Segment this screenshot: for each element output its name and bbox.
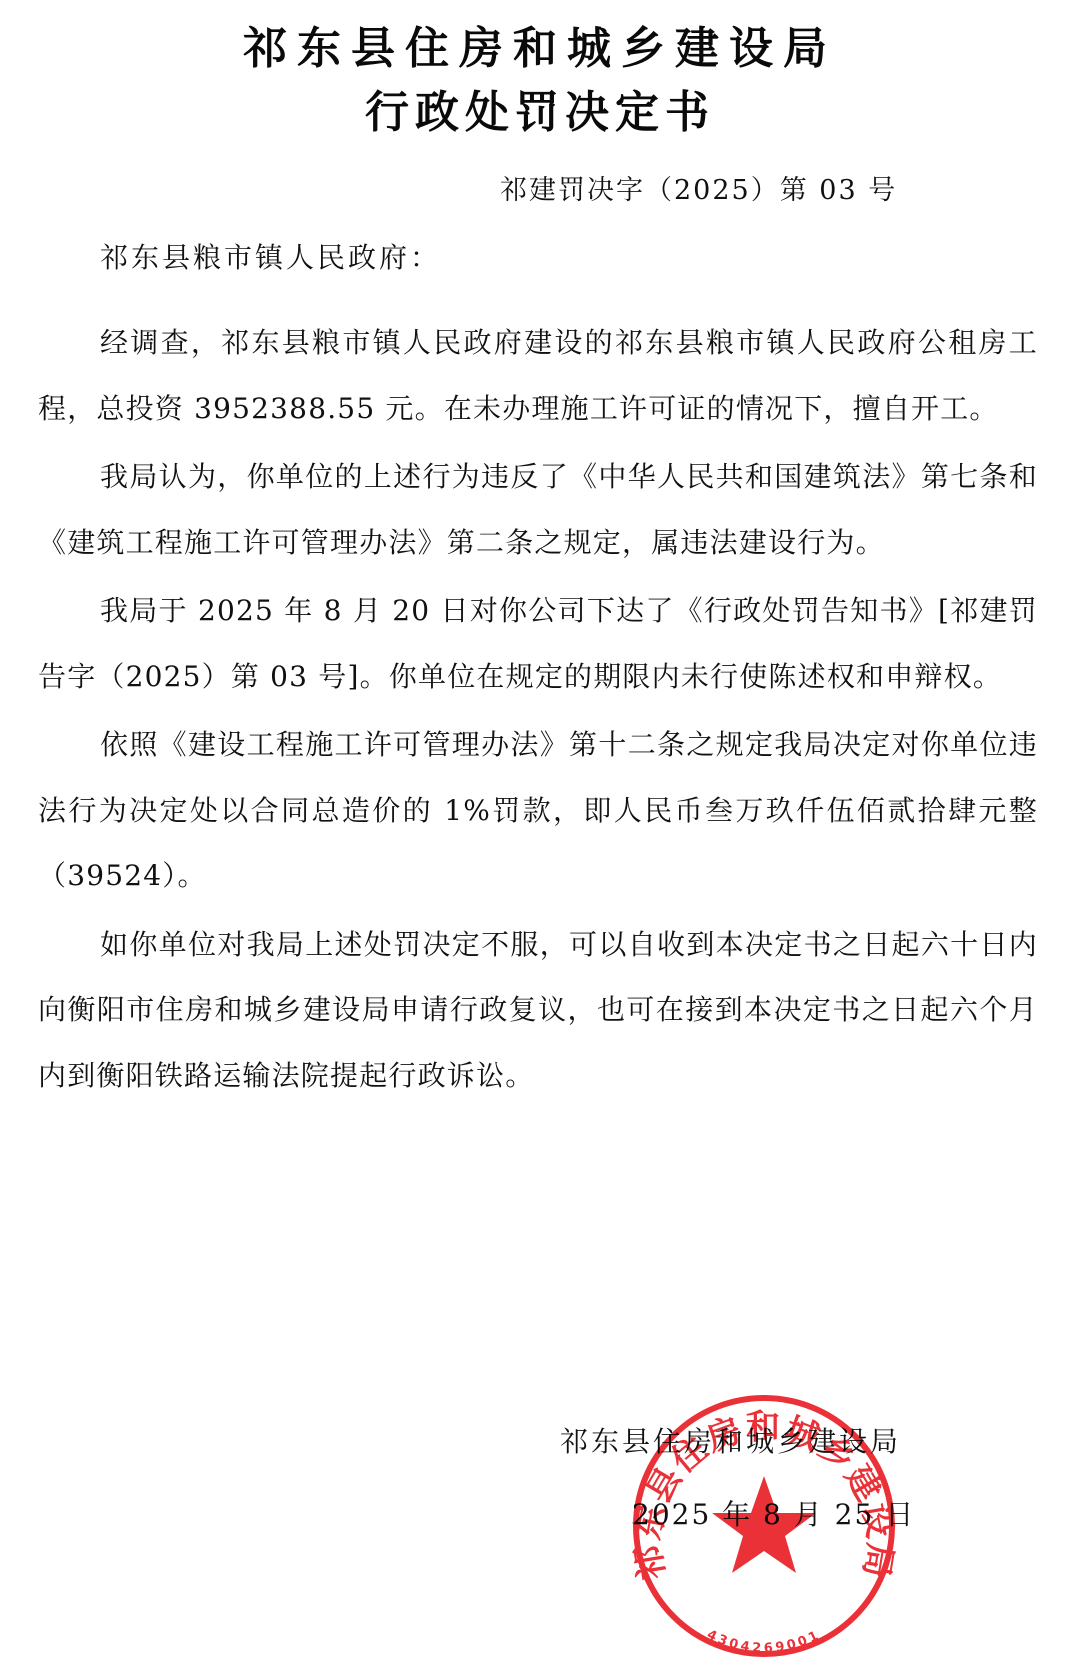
paragraph-notice: 我局于 2025 年 8 月 20 日对你公司下达了《行政处罚告知书》[祁建罚告… [38,578,1038,709]
official-seal: 祁东县住房和城乡建设局 4304269001 [628,1390,900,1662]
document-type: 行政处罚决定书 [0,76,1080,140]
paragraph-violation: 我局认为，你单位的上述行为违反了《中华人民共和国建筑法》第七条和《建筑工程施工许… [38,444,1038,575]
document-title: 祁东县住房和城乡建设局 [0,12,1080,76]
paragraph-appeal: 如你单位对我局上述处罚决定不服，可以自收到本决定书之日起六十日内向衡阳市住房和城… [38,912,1038,1109]
addressee: 祁东县粮市镇人民政府： [100,236,441,276]
star-icon [712,1476,816,1573]
paragraph-penalty: 依照《建设工程施工许可管理办法》第十二条之规定我局决定对你单位违法行为决定处以合… [38,712,1038,909]
document-body: 经调查，祁东县粮市镇人民政府建设的祁东县粮市镇人民政府公租房工程，总投资 395… [38,310,1038,1111]
paragraph-findings: 经调查，祁东县粮市镇人民政府建设的祁东县粮市镇人民政府公租房工程，总投资 395… [38,310,1038,441]
document-number: 祁建罚决字（2025）第 03 号 [500,168,897,207]
